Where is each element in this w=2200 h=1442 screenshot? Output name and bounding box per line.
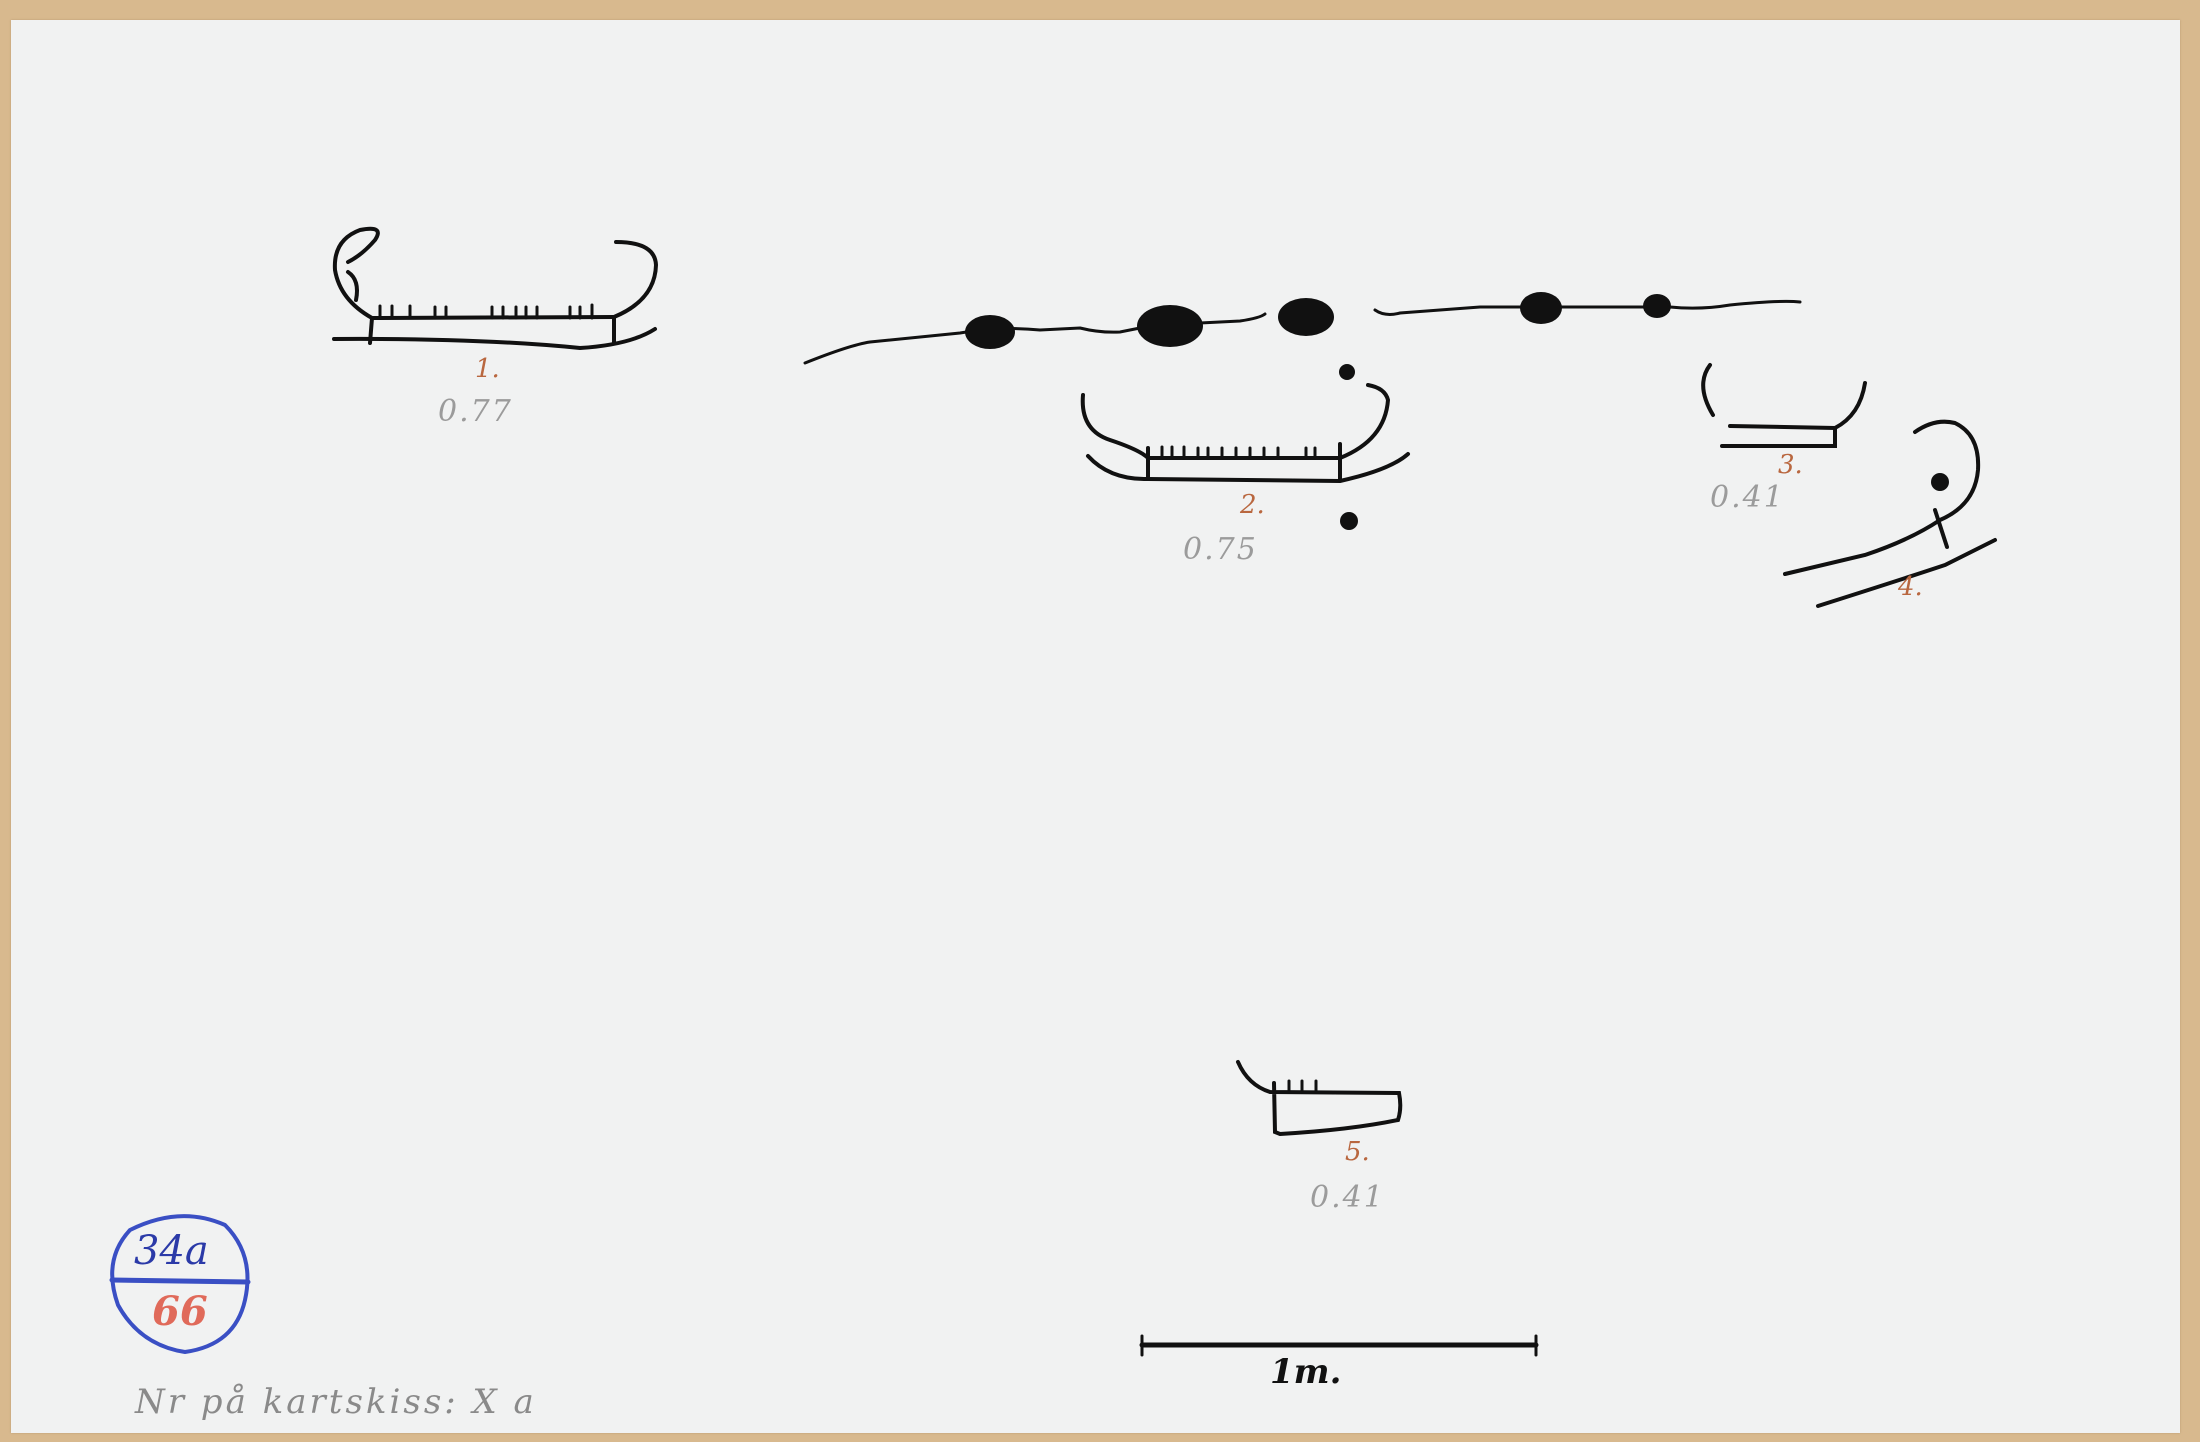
figure-2-number: 2.	[1240, 490, 1265, 520]
figure-5-measurement: 0.41	[1310, 1180, 1385, 1215]
figure-3-measurement: 0.41	[1710, 480, 1785, 515]
figure-4-number: 4.	[1898, 572, 1923, 602]
figure-3-number: 3.	[1778, 450, 1803, 480]
drawing-canvas	[0, 0, 2200, 1442]
map-sketch-note: Nr på kartskiss: X a	[135, 1382, 537, 1422]
figure-1-number: 1.	[475, 354, 500, 384]
stamp-top-number: 34a	[134, 1228, 209, 1274]
crack-line-with-cupmarks	[805, 292, 1800, 363]
boat-figure-4	[1785, 422, 1995, 606]
stamp-bottom-number: 66	[152, 1288, 208, 1335]
figure-1-measurement: 0.77	[438, 394, 513, 429]
boat-figure-5	[1238, 1062, 1400, 1134]
boat-figure-3	[1703, 365, 1865, 446]
figure-5-number: 5.	[1345, 1137, 1370, 1167]
scale-bar-label: 1m.	[1270, 1352, 1341, 1392]
figure-2-measurement: 0.75	[1183, 532, 1258, 567]
boat-figure-1	[334, 229, 656, 348]
